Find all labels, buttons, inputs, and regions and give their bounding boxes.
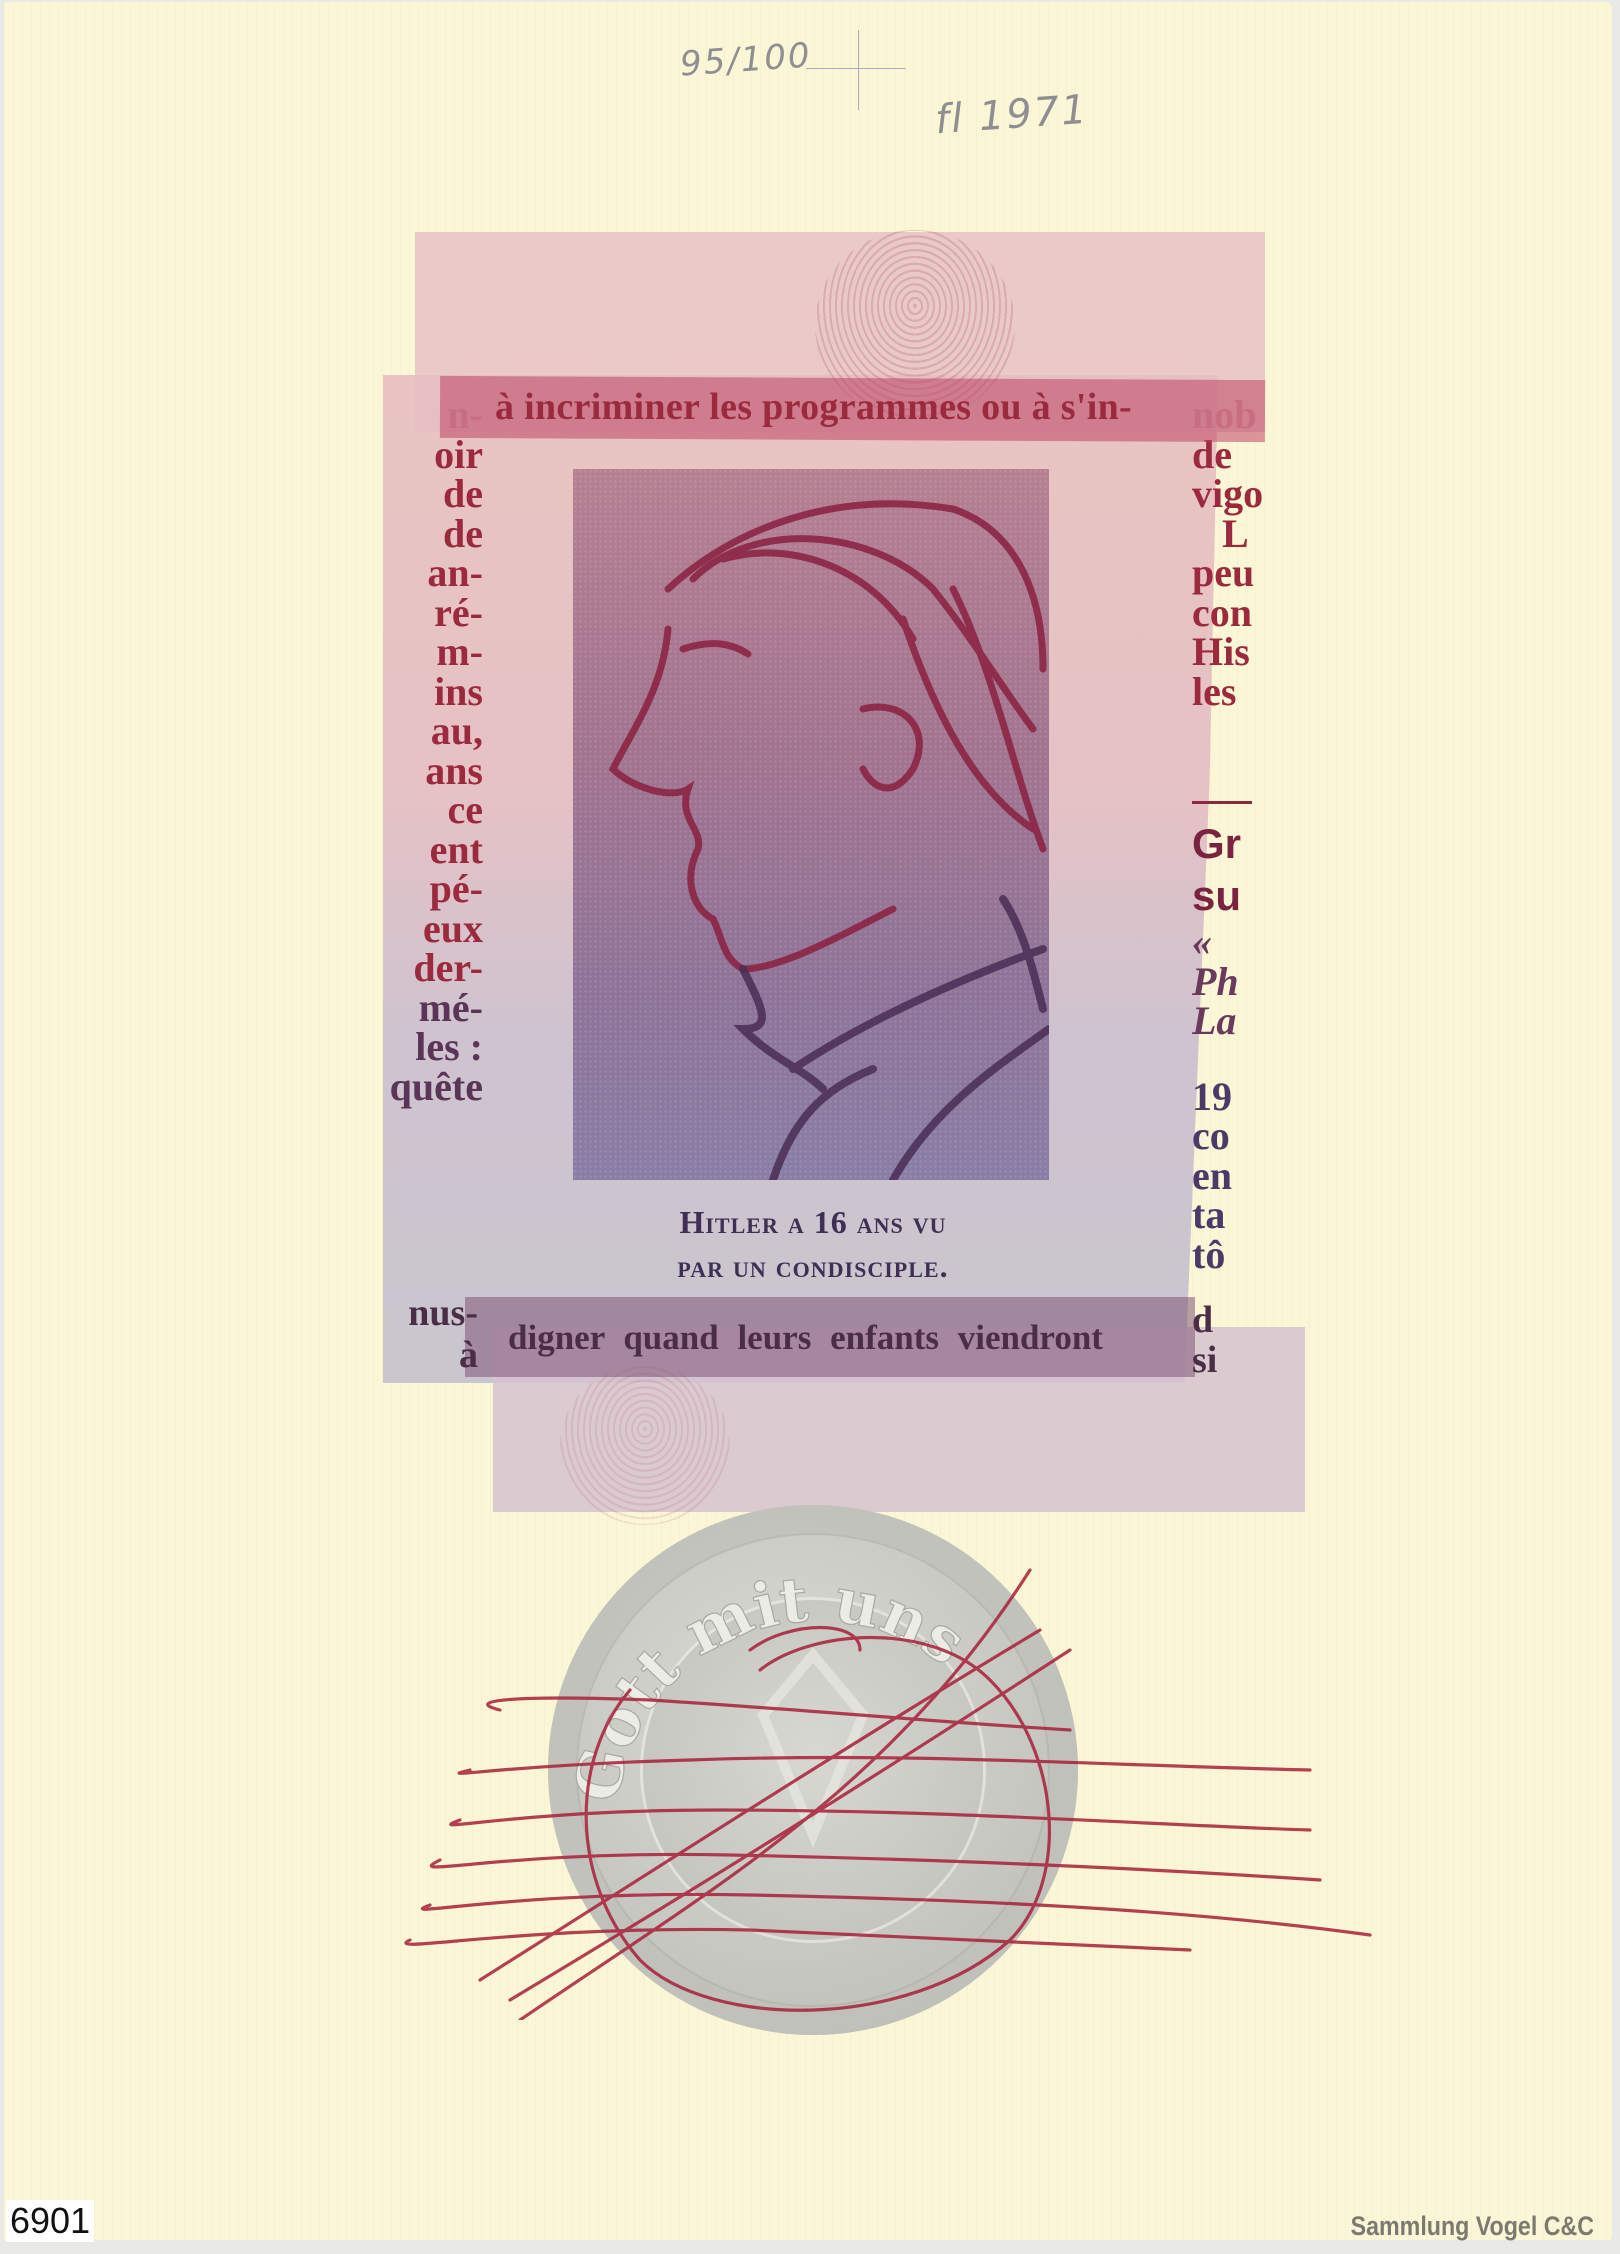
column-rule [1192, 801, 1252, 804]
right-column-text: nob de vigo L peu con His les Gr su « Ph… [1192, 395, 1272, 1274]
registration-mark-vertical [858, 30, 859, 110]
upper-strip-text: à incriminer les programmes ou à s'in- [495, 385, 1132, 429]
fingerprint-lower [560, 1365, 730, 1525]
collection-credit: Sammlung Vogel C&C [1351, 2211, 1594, 2242]
caption-line-1: Hitler a 16 ans vu [583, 1200, 1043, 1244]
portrait-sketch [573, 469, 1049, 1180]
lower-strip-text: digner quand leurs enfants viendront [508, 1318, 1103, 1358]
red-crayon-cross-out [390, 1560, 1390, 2020]
caption-line-2: par un condisciple. [583, 1244, 1043, 1288]
left-column-text: n-oir dede an-ré- m-ins au,ans ceent pé-… [383, 395, 483, 1106]
right-column-bottom-text: d si [1192, 1300, 1217, 1380]
registration-mark-horizontal [806, 68, 906, 69]
left-column-bottom-text: nus- à [383, 1292, 478, 1376]
portrait-caption: Hitler a 16 ans vu par un condisciple. [583, 1200, 1043, 1288]
inventory-number: 6901 [6, 2200, 94, 2242]
